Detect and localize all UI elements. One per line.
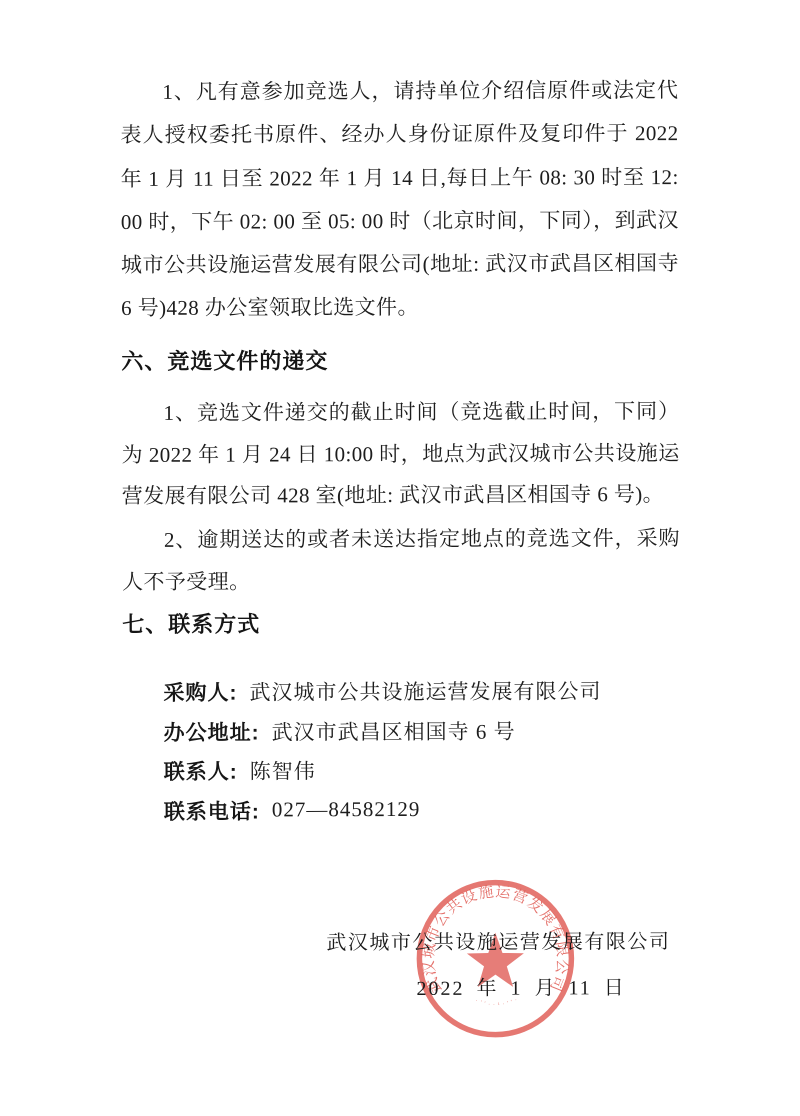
contact-label: 办公地址: [164,716,260,746]
contact-info-block: 采购人: 武汉城市公共设施运营发展有限公司 办公地址: 武汉市武昌区相国寺 6 … [163,670,602,830]
contact-row-person: 联系人: 陈智伟 [164,750,602,791]
contact-value: 武汉市武昌区相国寺 6 号 [272,715,516,746]
section-heading-seven-contact: 七、联系方式 [122,607,260,638]
section-heading-six-submission: 六、竞选文件的递交 [121,344,328,376]
contact-label: 联系人: [164,756,238,786]
company-seal-stamp-icon: 武汉城市公共设施运营发展有限公司 ·''··¹·''· [411,874,580,1043]
contact-row-phone: 联系电话: 027—84582129 [164,789,602,830]
contact-value: 027—84582129 [272,797,421,823]
paragraph-collect-documents: 1、凡有意参加竞选人，请持单位介绍信原件或法定代表人授权委托书原件、经办人身份证… [120,69,679,331]
contact-row-purchaser: 采购人: 武汉城市公共设施运营发展有限公司 [163,670,601,711]
contact-label: 采购人: [163,676,237,706]
document-page: 1、凡有意参加竞选人，请持单位介绍信原件或法定代表人授权委托书原件、经办人身份证… [0,0,800,1116]
signature-date: 2022 年 1 月 11 日 [416,971,625,1001]
paragraph-late-delivery: 2、逾期送达的或者未送达指定地点的竞选文件，采购人不予受理。 [122,518,680,603]
contact-value: 武汉城市公共设施运营发展有限公司 [249,675,601,706]
contact-row-address: 办公地址: 武汉市武昌区相国寺 6 号 [164,710,602,751]
paragraph-deadline: 1、竞选文件递交的截止时间（竞选截止时间，下同）为 2022 年 1 月 24 … [121,391,679,517]
contact-value: 陈智伟 [250,756,316,786]
signature-company-name: 武汉城市公共设施运营发展有限公司 [326,925,670,955]
contact-label: 联系电话: [164,795,260,825]
